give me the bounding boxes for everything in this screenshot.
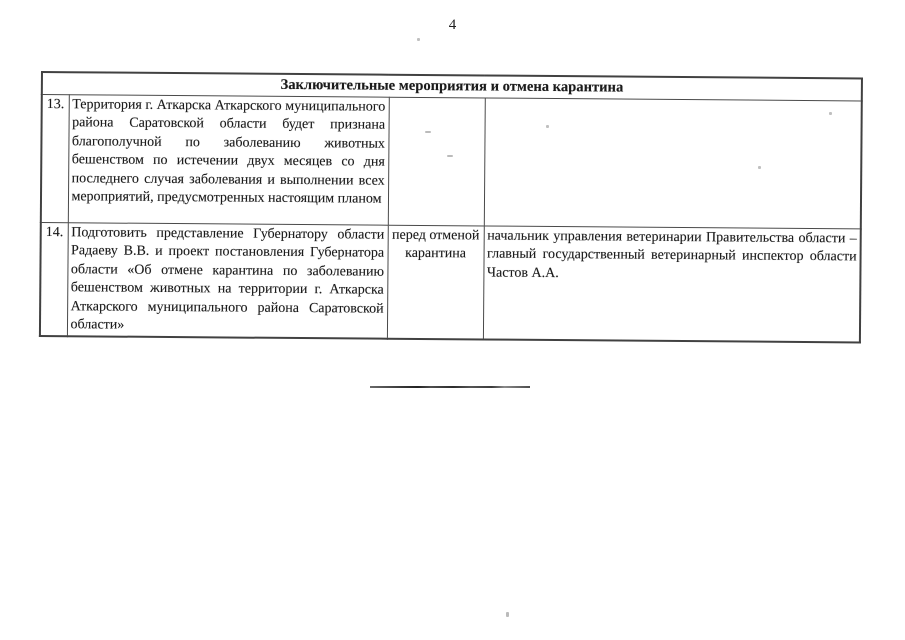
table-row: 13. Территория г. Аткарска Аткарского му… (41, 95, 862, 229)
page-number: 4 (0, 17, 905, 34)
scan-speck (829, 112, 832, 115)
scan-speck (417, 38, 420, 41)
scan-speck (758, 166, 761, 169)
scan-speck (425, 131, 431, 133)
timing-cell: перед отменой карантина (387, 225, 484, 340)
measure-cell: Подготовить представление Губернатору об… (67, 223, 388, 339)
responsible-cell: начальник управления ветеринарии Правите… (483, 226, 861, 343)
timing-cell (388, 97, 485, 226)
document-page: 4 Заключительные мероприятия и отмена ка… (0, 0, 905, 640)
row-number-cell: 14. (40, 223, 68, 337)
quarantine-table: Заключительные мероприятия и отмена кара… (39, 71, 861, 344)
measures-table: Заключительные мероприятия и отмена кара… (39, 71, 863, 344)
signature-line (370, 386, 530, 388)
measure-cell: Территория г. Аткарска Аткарского муници… (68, 95, 389, 226)
scan-speck (506, 612, 509, 617)
responsible-cell (484, 98, 862, 229)
row-number-cell: 13. (41, 95, 69, 223)
scan-speck (447, 155, 453, 157)
scan-speck (546, 125, 549, 128)
table-row: 14. Подготовить представление Губернатор… (40, 223, 861, 343)
